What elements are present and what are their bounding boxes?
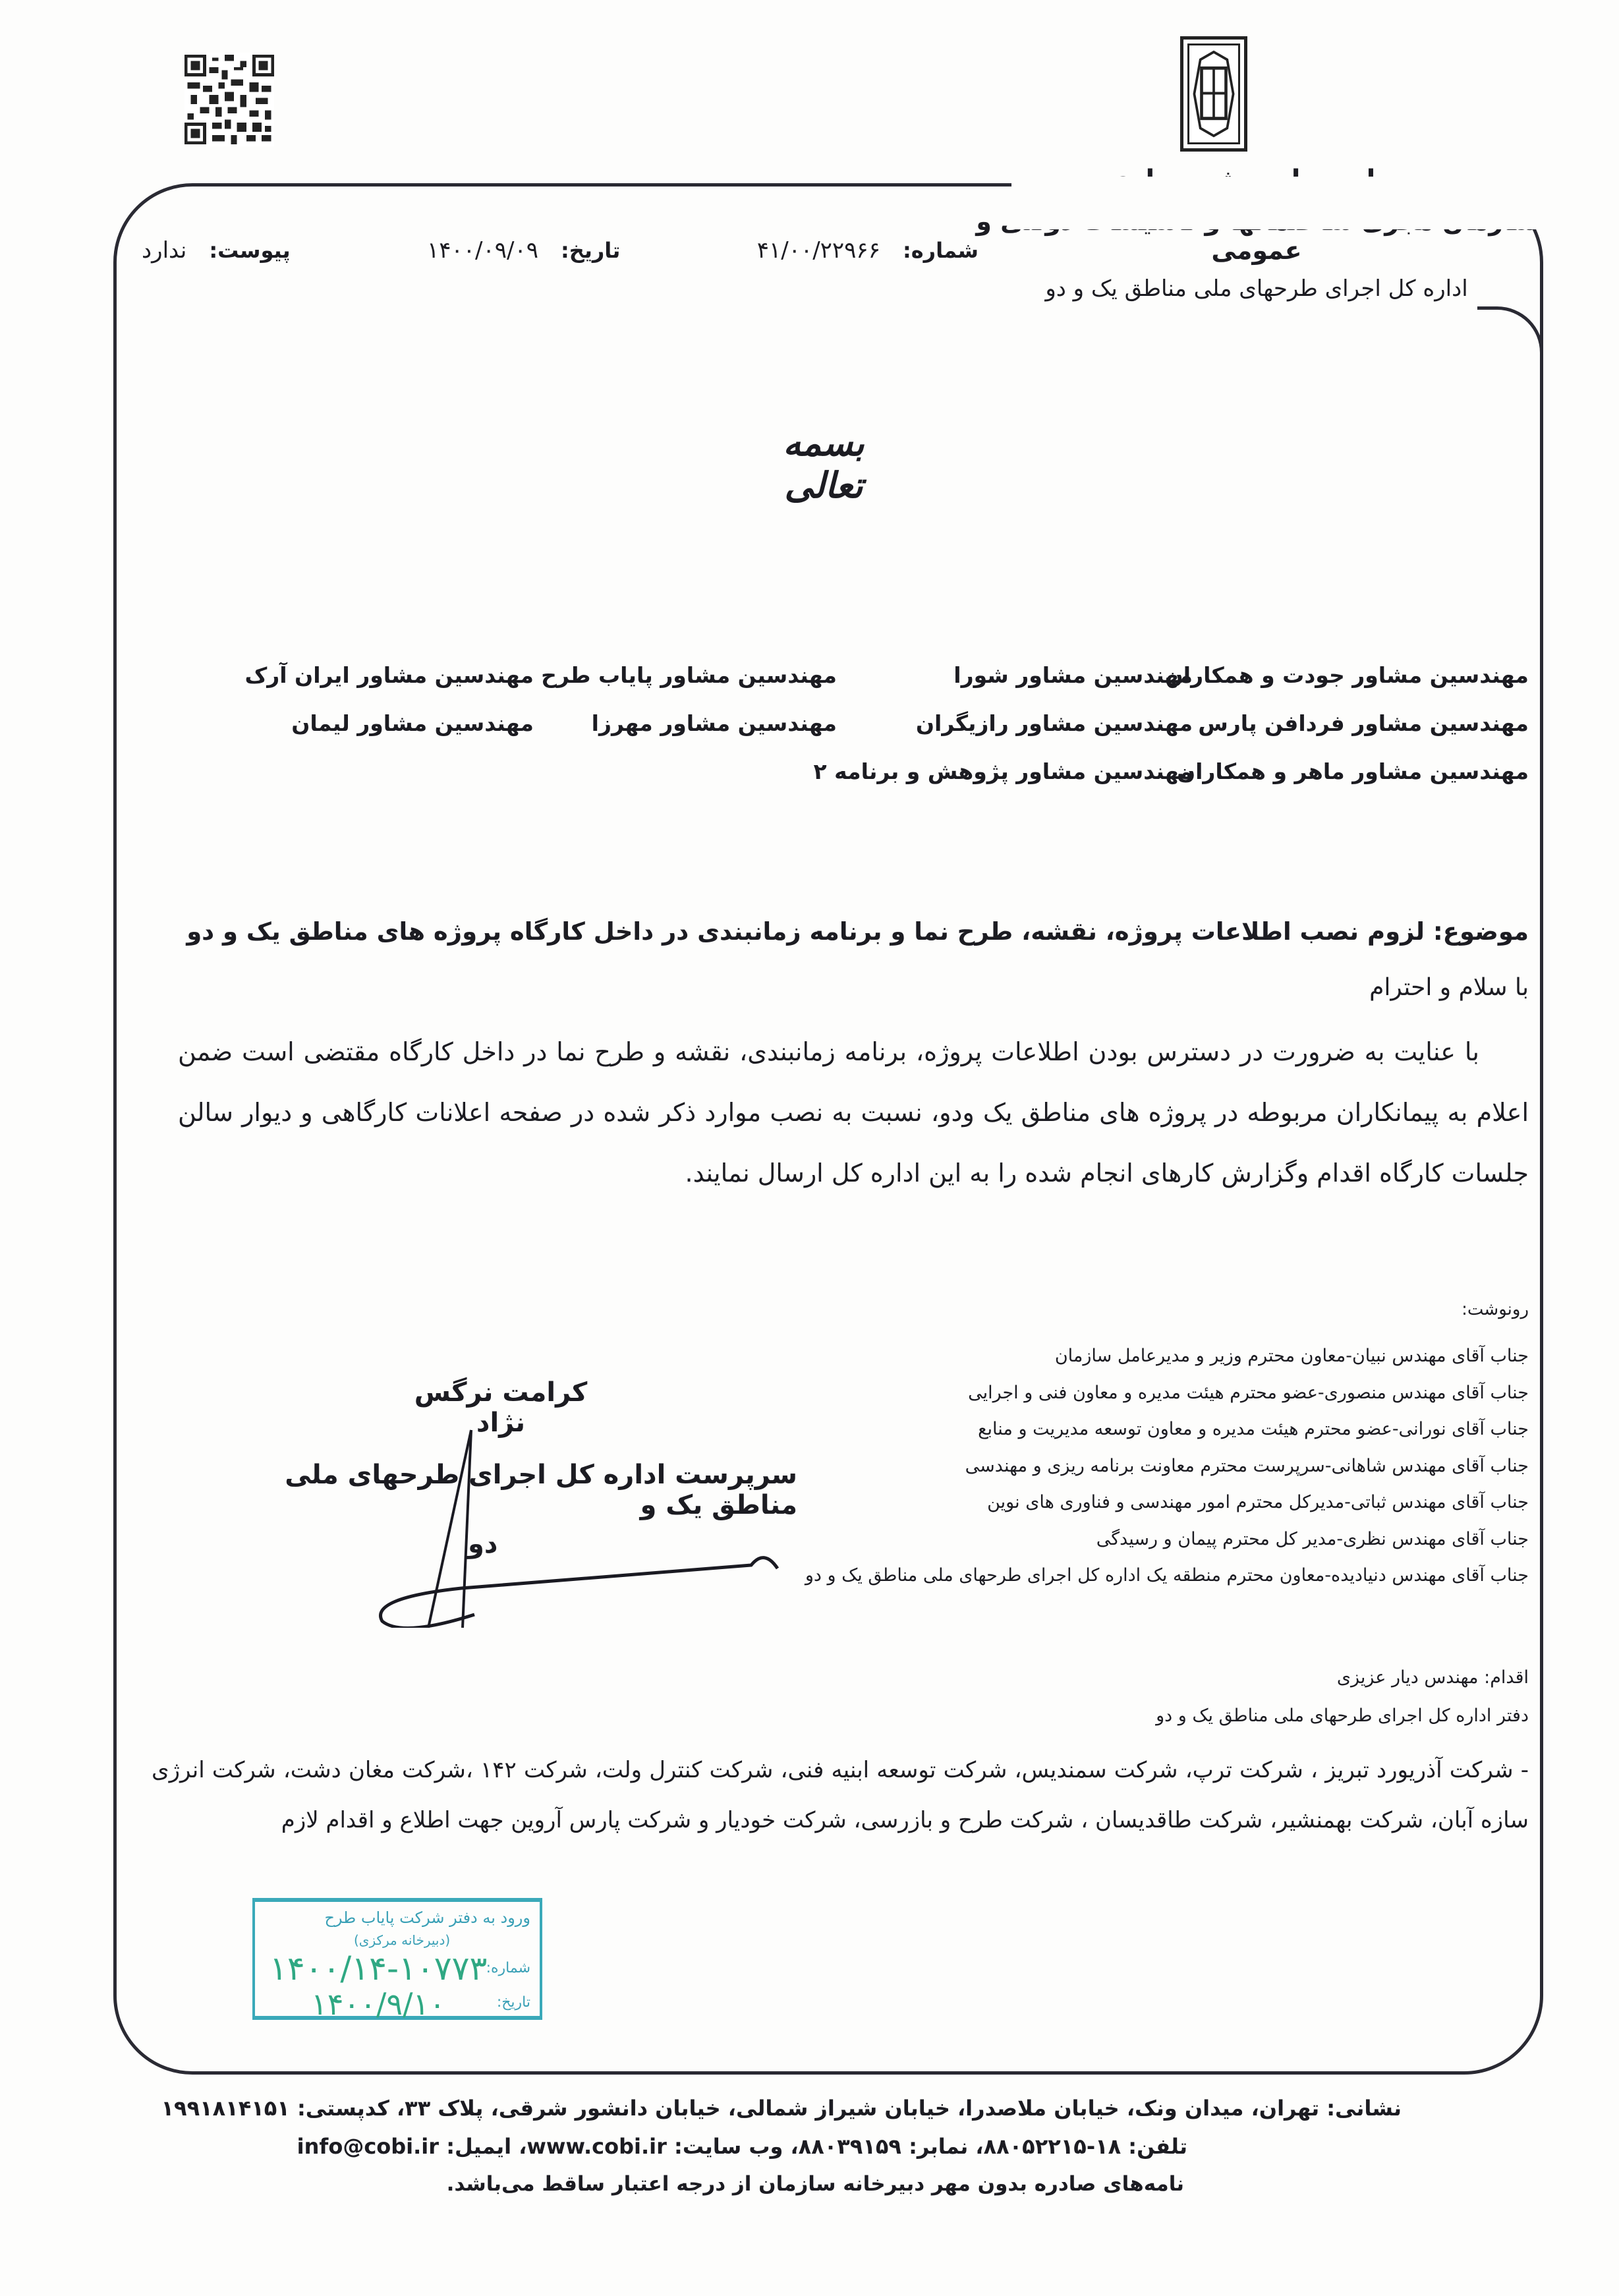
addressee: مهندسین مشاور شورا [850, 662, 1193, 688]
cc-item: جناب آقای مهندس نبیان-معاون محترم وزیر و… [804, 1338, 1529, 1375]
stamp-title: ورود به دفتر شرکت پایاب طرح [324, 1909, 530, 1927]
footer-validity-note: نامه‌های صادره بدون مهر دبیرخانه سازمان … [447, 2172, 1184, 2196]
number-label: شماره: [903, 238, 979, 263]
received-stamp: ورود به دفتر شرکت پایاب طرح (دبیرخانه مر… [252, 1898, 542, 2020]
cc-item: جناب آقای مهندس نظری-مدیر کل محترم پیمان… [804, 1521, 1529, 1558]
stamp-date-value: ۱۴۰۰/۹/۱۰ [311, 1986, 445, 2022]
cc-label: رونوشت: [1462, 1300, 1529, 1319]
letter-attachment: پیوست: ندارد [142, 237, 291, 264]
cc-item: جناب آقای مهندس منصوری-عضو محترم هیئت مد… [804, 1375, 1529, 1412]
addressee: مهندسین مشاور رازیگران [850, 710, 1193, 736]
stamp-date-label: تاریخ: [497, 1994, 530, 2011]
frame-gap [1011, 177, 1554, 229]
addressee: مهندسین مشاور پژوهش و برنامه ۲ [850, 759, 1193, 784]
date-label: تاریخ: [561, 238, 620, 263]
cc-item: جناب آقای مهندس دنیادیده-معاون محترم منط… [804, 1557, 1529, 1594]
letter-meta: شماره: ۴۱/۰۰/۲۲۹۶۶ تاریخ: ۱۴۰۰/۰۹/۰۹ پیو… [142, 237, 979, 264]
number-value: ۴۱/۰۰/۲۲۹۶۶ [757, 237, 880, 264]
cc-list: جناب آقای مهندس نبیان-معاون محترم وزیر و… [804, 1338, 1529, 1594]
addressee: مهندسین مشاور ایران آرک [217, 662, 534, 688]
addressee: مهندسین مشاور فردافن پارس [1206, 710, 1529, 736]
stamp-subtitle: (دبیرخانه مرکزی) [354, 1932, 450, 1948]
cc-item: جناب آقای مهندس ثباتی-مدیرکل محترم امور … [804, 1484, 1529, 1521]
letter-date: تاریخ: ۱۴۰۰/۰۹/۰۹ [427, 237, 620, 264]
letter-number: شماره: ۴۱/۰۰/۲۲۹۶۶ [757, 237, 979, 264]
basmala-heading: بسمه تعالی [751, 422, 896, 506]
qr-code-icon [185, 53, 274, 146]
addressee: مهندسین مشاور جودت و همکاران [1206, 662, 1529, 688]
greeting: با سلام و احترام [1369, 974, 1529, 1001]
action-line: اقدام: مهندس دیار عزیزی [1337, 1667, 1529, 1688]
stamp-number-label: شماره: [486, 1960, 530, 1976]
footer-address: نشانی: تهران، میدان ونک، خیابان ملاصدرا،… [161, 2096, 1402, 2121]
footer-contact: تلفن: ۱۸-۸۸۰۵۲۲۱۵، نمابر: ۸۸۰۳۹۱۵۹، وب س… [297, 2134, 1187, 2159]
addressee: مهندسین مشاور مهرزا [547, 710, 837, 736]
companies-list: - شرکت آذریورد تبریز ، شرکت ترپ، شرکت سم… [152, 1745, 1529, 1845]
attachment-label: پیوست: [209, 238, 290, 263]
window-emblem-icon [1187, 43, 1240, 144]
addressee: مهندسین مشاور پایاب طرح [547, 662, 837, 688]
date-value: ۱۴۰۰/۰۹/۰۹ [427, 237, 538, 264]
attachment-value: ندارد [142, 237, 186, 264]
stamp-number-value: ۱۴۰۰/۱۴-۱۰۷۷۳ [270, 1949, 487, 1988]
addressee: مهندسین مشاور لیمان [217, 710, 534, 736]
office-line: دفتر اداره کل اجرای طرحهای ملی مناطق یک … [1156, 1706, 1529, 1726]
letter-subject: موضوع: لزوم نصب اطلاعات پروژه، نقشه، طرح… [178, 917, 1529, 946]
ministry-logo [1180, 36, 1247, 152]
cc-item: جناب آقای نورانی-عضو محترم هیئت مدیره و … [804, 1411, 1529, 1448]
body-paragraph: با عنایت به ضرورت در دسترس بودن اطلاعات … [178, 1021, 1529, 1203]
handwritten-signature-icon [290, 1410, 791, 1628]
letter-body: با عنایت به ضرورت در دسترس بودن اطلاعات … [178, 1021, 1529, 1203]
addressee: مهندسین مشاور ماهر و همکاران [1206, 759, 1529, 784]
cc-item: جناب آقای مهندس شاهانی-سرپرست محترم معاو… [804, 1448, 1529, 1485]
addressees-list: مهندسین مشاور جودت و همکاران مهندسین مشا… [204, 662, 1529, 784]
